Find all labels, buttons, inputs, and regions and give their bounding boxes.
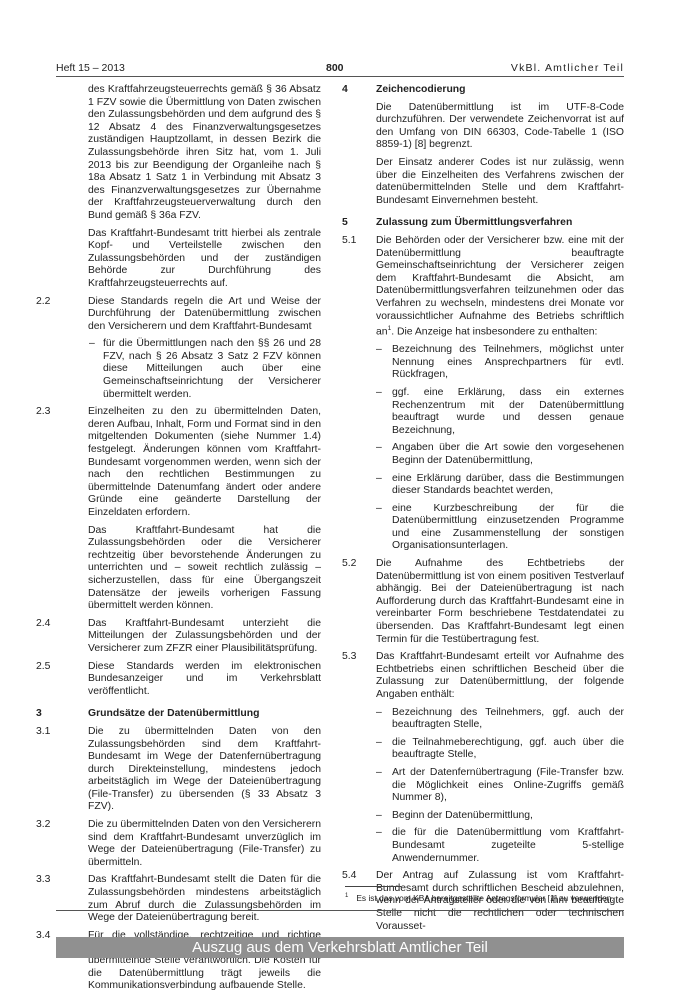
heading-number: 5 <box>342 217 348 230</box>
section-text: Das Kraftfahrt-Bundesamt unterzieht die … <box>88 618 321 654</box>
section-5-3: 5.3 Das Kraftfahrt-Bundesamt erteilt vor… <box>342 651 624 701</box>
list-item-text: Angaben über die Art sowie den vorgesehe… <box>392 442 624 466</box>
section-5-2: 5.2 Die Aufnahme des Echtbetriebs der Da… <box>342 558 624 646</box>
issue-label: Heft 15 – 2013 <box>56 62 125 74</box>
list-item-text: Art der Datenfernübertragung (File-Trans… <box>392 767 624 803</box>
footnote: 1Es ist das vom KBA bereitgestellte Antr… <box>345 893 625 903</box>
list-item-text: Bezeichnung des Teilnehmers, ggf. auch d… <box>392 707 624 731</box>
section-text: Diese Standards werden im elektronischen… <box>88 661 321 697</box>
page-bottom-divider <box>56 910 624 911</box>
dash-bullet-icon: – <box>376 387 382 400</box>
list-item: – für die Übermittlungen nach den §§ 26 … <box>36 338 321 401</box>
section-3-2: 3.2 Die zu übermittelnden Daten von den … <box>36 819 321 869</box>
dash-bullet-icon: – <box>376 737 382 750</box>
footnote-marker: 1 <box>345 893 348 899</box>
section-number: 2.4 <box>36 618 50 631</box>
section-number: 3.4 <box>36 930 50 943</box>
section-text: Die zu übermittelnden Daten von den Zula… <box>88 726 321 813</box>
section-number: 5.2 <box>342 558 356 571</box>
section-heading-3: 3 Grundsätze der Datenübermittlung <box>36 708 321 721</box>
list-item: – Art der Datenfernübertragung (File-Tra… <box>342 767 624 805</box>
list-item-text: die Teilnahmeberechtigung, ggf. auch übe… <box>392 737 624 761</box>
list-item-text: Bezeichnung des Teilnehmers, möglichst u… <box>392 344 624 380</box>
dash-bullet-icon: – <box>376 827 382 840</box>
section-heading-5: 5 Zulassung zum Übermittlungsverfahren <box>342 217 624 230</box>
section-2-5: 2.5 Diese Standards werden im elektronis… <box>36 661 321 699</box>
section-number: 5.1 <box>342 235 356 248</box>
section-number: 3.3 <box>36 874 50 887</box>
page-header: Heft 15 – 2013 800 VkBl. Amtlicher Teil <box>56 60 624 77</box>
publication-title: VkBl. Amtlicher Teil <box>511 62 624 74</box>
section-2-3-continued: Das Kraftfahrt-Bundesamt hat die Zulassu… <box>36 525 321 613</box>
section-text: Diese Standards regeln die Art und Weise… <box>88 296 321 332</box>
section-3-3: 3.3 Das Kraftfahrt-Bundesamt stellt die … <box>36 874 321 924</box>
list-item-text: Beginn der Datenübermittlung, <box>392 810 533 821</box>
section-number: 3.2 <box>36 819 50 832</box>
section-number: 5.4 <box>342 870 356 883</box>
section-2-2: 2.2 Diese Standards regeln die Art und W… <box>36 296 321 334</box>
section-2-3: 2.3 Einzelheiten zu den zu übermittelnde… <box>36 406 321 519</box>
section-4-paragraph-2: Der Einsatz anderer Codes ist nur zuläss… <box>342 157 624 207</box>
section-text: Einzelheiten zu den zu übermittelnden Da… <box>88 406 321 518</box>
list-item-text: die für die Datenübermittlung vom Kraftf… <box>392 827 624 863</box>
dash-bullet-icon: – <box>89 338 95 351</box>
dash-bullet-icon: – <box>376 344 382 357</box>
section-3-1: 3.1 Die zu übermittelnden Daten von den … <box>36 726 321 814</box>
section-number: 5.3 <box>342 651 356 664</box>
list-item-text: eine Kurzbeschreibung der für die Datenü… <box>392 503 624 552</box>
list-item: – die Teilnahmeberechtigung, ggf. auch ü… <box>342 737 624 762</box>
section-text-after: . Die Anzeige hat insbesondere zu enthal… <box>391 327 597 338</box>
section-number: 3.1 <box>36 726 50 739</box>
dash-bullet-icon: – <box>376 707 382 720</box>
left-column: des Kraftfahrzeugsteuerrechts gemäß § 36… <box>36 84 321 990</box>
dash-bullet-icon: – <box>376 767 382 780</box>
intro-paragraph-2: Das Kraftfahrt-Bundesamt tritt hierbei a… <box>36 228 321 291</box>
heading-title: Grundsätze der Datenübermittlung <box>88 708 259 719</box>
section-number: 2.2 <box>36 296 50 309</box>
section-2-4: 2.4 Das Kraftfahrt-Bundesamt unterzieht … <box>36 618 321 656</box>
page-number: 800 <box>326 62 344 74</box>
section-heading-4: 4 Zeichencodierung <box>342 84 624 97</box>
list-item: – ggf. eine Erklärung, dass ein externes… <box>342 387 624 437</box>
list-item-text: für die Übermittlungen nach den §§ 26 un… <box>103 338 321 399</box>
list-item-text: eine Erklärung darüber, dass die Bestimm… <box>392 473 624 497</box>
list-item: – eine Erklärung darüber, dass die Besti… <box>342 473 624 498</box>
list-item: – Bezeichnung des Teilnehmers, ggf. auch… <box>342 707 624 732</box>
list-item: – Beginn der Datenübermittlung, <box>342 810 624 823</box>
heading-number: 3 <box>36 708 42 721</box>
section-text: Das Kraftfahrt-Bundesamt stellt die Date… <box>88 874 321 923</box>
section-number: 2.5 <box>36 661 50 674</box>
heading-title: Zeichencodierung <box>376 84 466 95</box>
dash-bullet-icon: – <box>376 810 382 823</box>
heading-number: 4 <box>342 84 348 97</box>
section-text: Die Behörden oder der Versicherer bzw. e… <box>376 235 624 338</box>
section-5-1: 5.1 Die Behörden oder der Versicherer bz… <box>342 235 624 339</box>
footnote-divider <box>345 886 401 887</box>
list-item: – Bezeichnung des Teilnehmers, möglichst… <box>342 344 624 382</box>
section-text: Das Kraftfahrt-Bundesamt erteilt vor Auf… <box>376 651 624 700</box>
list-item: – die für die Datenübermittlung vom Kraf… <box>342 827 624 865</box>
dash-bullet-icon: – <box>376 442 382 455</box>
list-item: – Angaben über die Art sowie den vorgese… <box>342 442 624 467</box>
intro-paragraph: des Kraftfahrzeugsteuerrechts gemäß § 36… <box>36 84 321 223</box>
section-text: Die zu übermittelnden Daten von den Vers… <box>88 819 321 868</box>
publication-banner: Auszug aus dem Verkehrsblatt Amtlicher T… <box>56 937 624 958</box>
footnote-text: Es ist das vom KBA bereitgestellte Antra… <box>356 893 613 903</box>
right-column: 4 Zeichencodierung Die Datenübermittlung… <box>342 84 624 938</box>
heading-title: Zulassung zum Übermittlungsverfahren <box>376 217 572 228</box>
dash-bullet-icon: – <box>376 473 382 486</box>
list-item: – eine Kurzbeschreibung der für die Date… <box>342 503 624 553</box>
section-4-paragraph-1: Die Datenübermittlung ist im UTF-8-Code … <box>342 102 624 152</box>
list-item-text: ggf. eine Erklärung, dass ein externes R… <box>392 387 624 436</box>
dash-bullet-icon: – <box>376 503 382 516</box>
section-text: Die Aufnahme des Echtbetriebs der Datenü… <box>376 558 624 645</box>
section-number: 2.3 <box>36 406 50 419</box>
